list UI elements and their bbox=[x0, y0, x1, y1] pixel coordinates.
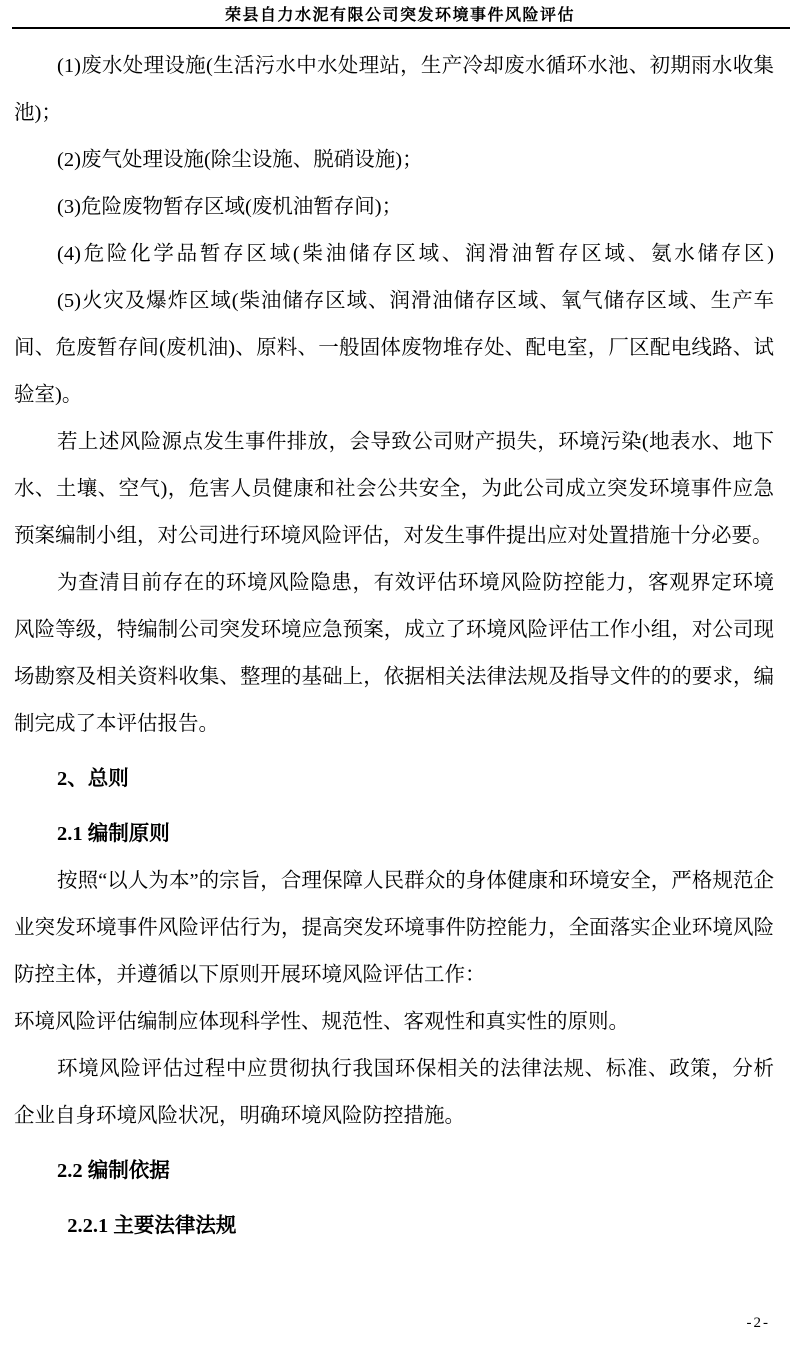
paragraph-wastegas-facilities: (2)废气处理设施(除尘设施、脱硝设施)； bbox=[14, 137, 774, 184]
page-header: 荣县自力水泥有限公司突发环境事件风险评估 bbox=[0, 0, 800, 29]
heading-compilation-principles: 2.1 编制原则 bbox=[14, 811, 774, 858]
paragraph-wastewater-facilities: (1)废水处理设施(生活污水中水处理站，生产冷却废水循环水池、初期雨水收集池)； bbox=[14, 43, 774, 137]
heading-compilation-basis: 2.2 编制依据 bbox=[14, 1148, 774, 1195]
document-page: 荣县自力水泥有限公司突发环境事件风险评估 (1)废水处理设施(生活污水中水处理站… bbox=[0, 0, 800, 1354]
heading-main-laws: 2.2.1 主要法律法规 bbox=[14, 1203, 774, 1250]
page-number: -2- bbox=[747, 1315, 771, 1332]
paragraph-hazardous-chemicals-area: (4)危险化学品暂存区域(柴油储存区域、润滑油暂存区域、氨水储存区) bbox=[14, 231, 774, 278]
document-body: (1)废水处理设施(生活污水中水处理站，生产冷却废水循环水池、初期雨水收集池)；… bbox=[14, 43, 774, 1250]
paragraph-scientific-principle: 环境风险评估编制应体现科学性、规范性、客观性和真实性的原则。 bbox=[14, 999, 774, 1046]
paragraph-risk-consequences: 若上述风险源点发生事件排放，会导致公司财产损失，环境污染(地表水、地下水、土壤、… bbox=[14, 419, 774, 560]
document-title: 荣县自力水泥有限公司突发环境事件风险评估 bbox=[0, 5, 800, 26]
paragraph-fire-explosion-area: (5)火灾及爆炸区域(柴油储存区域、润滑油储存区域、氧气储存区域、生产车间、危废… bbox=[14, 278, 774, 419]
paragraph-assessment-background: 为查清目前存在的环境风险隐患，有效评估环境风险防控能力，客观界定环境风险等级，特… bbox=[14, 560, 774, 748]
paragraph-people-oriented-principle: 按照“以人为本”的宗旨，合理保障人民群众的身体健康和环境安全，严格规范企业突发环… bbox=[14, 858, 774, 999]
paragraph-legal-compliance: 环境风险评估过程中应贯彻执行我国环保相关的法律法规、标准、政策，分析企业自身环境… bbox=[14, 1046, 774, 1140]
heading-general-rules: 2、总则 bbox=[14, 756, 774, 803]
paragraph-hazardous-waste-area: (3)危险废物暂存区域(废机油暂存间)； bbox=[14, 184, 774, 231]
header-rule bbox=[12, 27, 790, 29]
